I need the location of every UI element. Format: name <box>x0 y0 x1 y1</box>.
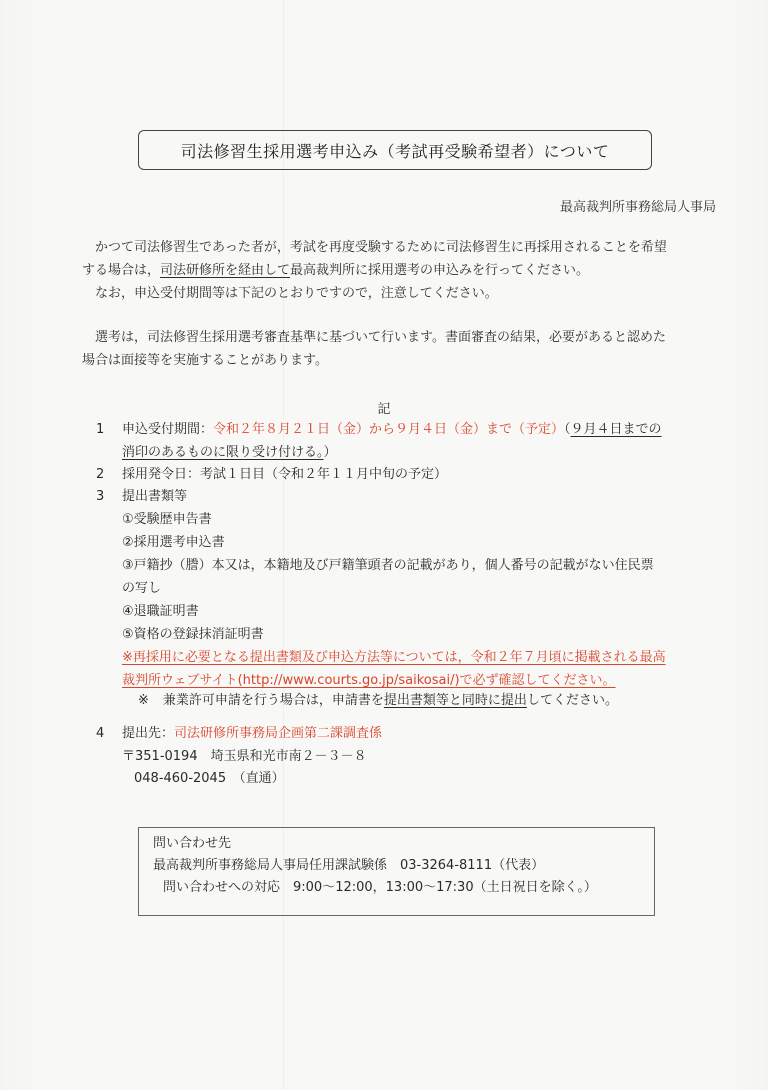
scanned-page: 司法修習生採用選考申込み（考試再受験希望者）について 最高裁判所事務総局人事局 … <box>0 0 768 1090</box>
contact-box: 問い合わせ先 最高裁判所事務総局人事局任用課試験係 03-3264-8111（代… <box>138 827 655 916</box>
item-label: 提出先： <box>122 726 174 741</box>
document-entry: の写し <box>122 577 712 600</box>
item-label: 提出書類等 <box>122 489 187 504</box>
contact-office: 最高裁判所事務総局人事局任用課試験係 03-3264-8111（代表） <box>153 855 654 877</box>
documents-list: ①受験歴申告書 ②採用選考申込書 ③戸籍抄（謄）本又は，本籍地及び戸籍筆頭者の記… <box>122 508 712 692</box>
intro-line-3: なお，申込受付期間等は下記のとおりですので，注意してください。 <box>82 282 712 305</box>
submission-phone: 048-460-2045 （直通） <box>134 767 724 790</box>
item-number: 3 <box>96 485 122 508</box>
contact-hours: 問い合わせへの対応 9:00～12:00，13:00～17:30（土日祝日を除く… <box>153 877 654 899</box>
postmark-note-2: 消印のあるものに限り受け付ける。 <box>122 445 324 460</box>
document-title-text: 司法修習生採用選考申込み（考試再受験希望者）について <box>181 139 610 162</box>
selection-paragraph: 選考は，司法修習生採用選考審査基準に基づいて行います。書面審査の結果，必要がある… <box>82 326 712 372</box>
intro-underlined: 司法研修所を経由して <box>160 263 290 278</box>
ki-heading: 記 <box>0 398 768 417</box>
item-label: 採用発令日：考試１日目（令和２年１１月中旬の予定） <box>122 467 447 482</box>
selection-line-1: 選考は，司法修習生採用選考審査基準に基づいて行います。書面審査の結果，必要がある… <box>82 326 712 349</box>
intro-line-2: する場合は，司法研修所を経由して最高裁判所に採用選考の申込みを行ってください。 <box>82 259 712 282</box>
postmark-note-1: ９月４日までの <box>571 422 662 437</box>
item-submission-address: 4提出先：司法研修所事務局企画第二課調査係 <box>96 722 716 745</box>
document-entry: ⑤資格の登録抹消証明書 <box>122 623 712 646</box>
intro-paragraph: かつて司法修習生であった者が，考試を再度受験するために司法修習生に再採用されるこ… <box>82 236 712 305</box>
submission-address: 〒351-0194 埼玉県和光市南２－３－８ <box>122 745 712 768</box>
side-job-note: ※兼業許可申請を行う場合は，申請書を提出書類等と同時に提出してください。 <box>138 689 728 712</box>
application-period-value: 令和２年８月２１日（金）から９月４日（金）まで（予定） <box>213 422 564 437</box>
website-note-line-1: ※再採用に必要となる提出書類及び申込方法等については，令和２年７月頃に掲載される… <box>122 646 712 669</box>
document-entry: ④退職証明書 <box>122 600 712 623</box>
document-entry: ①受験歴申告書 <box>122 508 712 531</box>
item-application-period: 1申込受付期間：令和２年８月２１日（金）から９月４日（金）まで（予定）（９月４日… <box>96 418 716 464</box>
item-appointment-date: 2採用発令日：考試１日目（令和２年１１月中旬の予定） <box>96 463 716 486</box>
selection-line-2: 場合は面接等を実施することがあります。 <box>82 349 712 372</box>
item-number: 1 <box>96 418 122 441</box>
item-number: 2 <box>96 463 122 486</box>
document-title: 司法修習生採用選考申込み（考試再受験希望者）について <box>138 130 652 170</box>
item-label: 申込受付期間： <box>122 422 213 437</box>
item-number: 4 <box>96 722 122 745</box>
item-documents: 3提出書類等 <box>96 485 716 508</box>
side-job-underlined: 提出書類等と同時に提出 <box>384 693 527 708</box>
contact-heading: 問い合わせ先 <box>153 833 654 855</box>
document-entry: ③戸籍抄（謄）本又は，本籍地及び戸籍筆頭者の記載があり，個人番号の記載がない住民… <box>122 554 712 577</box>
submission-office: 司法研修所事務局企画第二課調査係 <box>174 726 382 741</box>
intro-line-1: かつて司法修習生であった者が，考試を再度受験するために司法修習生に再採用されるこ… <box>82 236 712 259</box>
document-entry: ②採用選考申込書 <box>122 531 712 554</box>
issuer: 最高裁判所事務総局人事局 <box>560 196 716 215</box>
asterisk-mark: ※ <box>138 693 149 708</box>
